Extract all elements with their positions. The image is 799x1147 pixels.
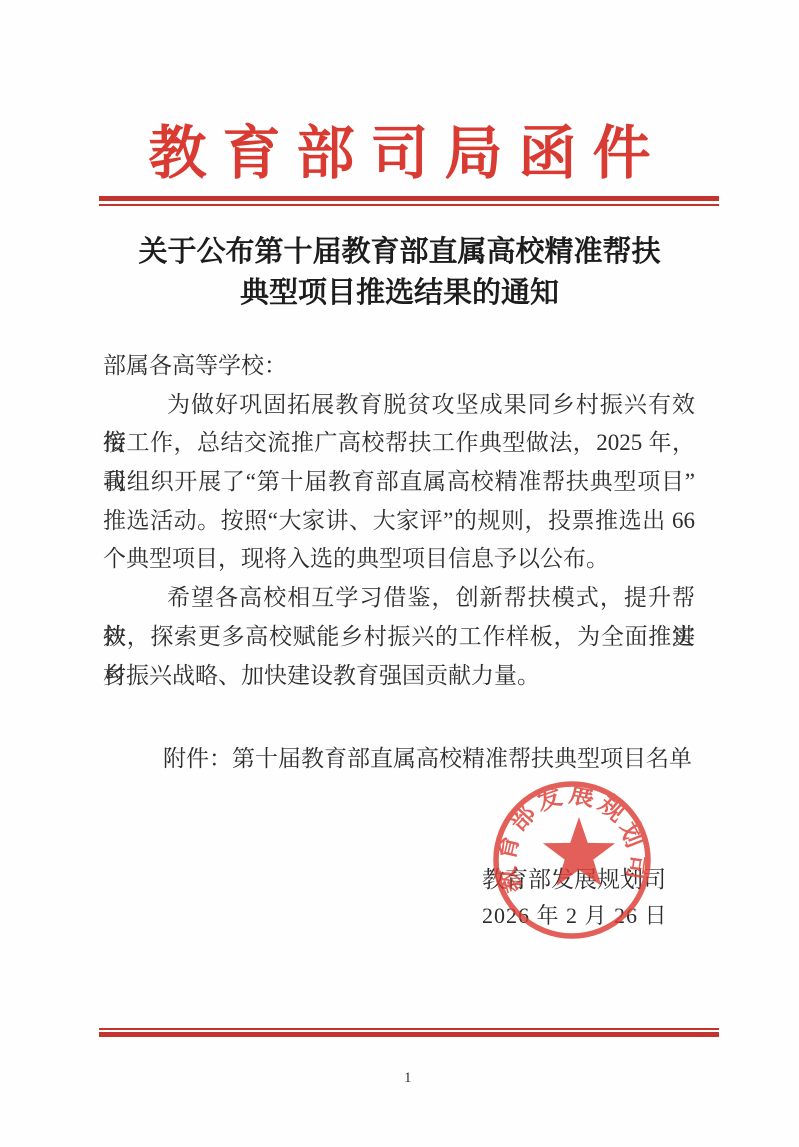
signature-date: 2026 年 2 月 26 日 <box>482 899 668 930</box>
body-line: 接工作，总结交流推广高校帮扶工作典型做法，2025 年，我 <box>103 424 695 463</box>
attachment-line: 附件：第十届教育部直属高校精准帮扶典型项目名单 <box>103 740 743 773</box>
signature-department: 教育部发展规划司 <box>482 861 666 894</box>
body-line: 效，探索更多高校赋能乡村振兴的工作样板，为全面推进乡 <box>103 618 695 657</box>
document-title-line2: 典型项目推选结果的通知 <box>60 273 739 314</box>
salutation: 部属各高等学校： <box>103 347 695 386</box>
body-line: 个典型项目，现将入选的典型项目信息予以公布。 <box>103 540 695 579</box>
body-line: 推选活动。按照“大家讲、大家评”的规则，投票推选出 66 <box>103 502 695 541</box>
document-page: 教育部司局函件 关于公布第十届教育部直属高校精准帮扶 典型项目推选结果的通知 部… <box>0 0 799 1147</box>
document-title: 关于公布第十届教育部直属高校精准帮扶 典型项目推选结果的通知 <box>60 232 739 314</box>
header-rule-thin <box>99 204 719 206</box>
body-line: 司组织开展了“第十届教育部直属高校精准帮扶典型项目” <box>103 463 695 502</box>
body-line: 希望各高校相互学习借鉴，创新帮扶模式，提升帮扶实 <box>103 579 695 618</box>
footer-rule-thin <box>99 1028 719 1030</box>
footer-rule-thick <box>99 1032 719 1037</box>
page-number: 1 <box>404 1070 412 1087</box>
body-line: 村振兴战略、加快建设教育强国贡献力量。 <box>103 657 695 696</box>
header-rule-thick <box>99 196 719 201</box>
document-body: 部属各高等学校： 为做好巩固拓展教育脱贫攻坚成果同乡村振兴有效衔 接工作，总结交… <box>103 347 695 695</box>
letterhead-title: 教育部司局函件 <box>0 106 799 190</box>
document-title-line1: 关于公布第十届教育部直属高校精准帮扶 <box>60 232 739 273</box>
body-line: 为做好巩固拓展教育脱贫攻坚成果同乡村振兴有效衔 <box>103 386 695 425</box>
